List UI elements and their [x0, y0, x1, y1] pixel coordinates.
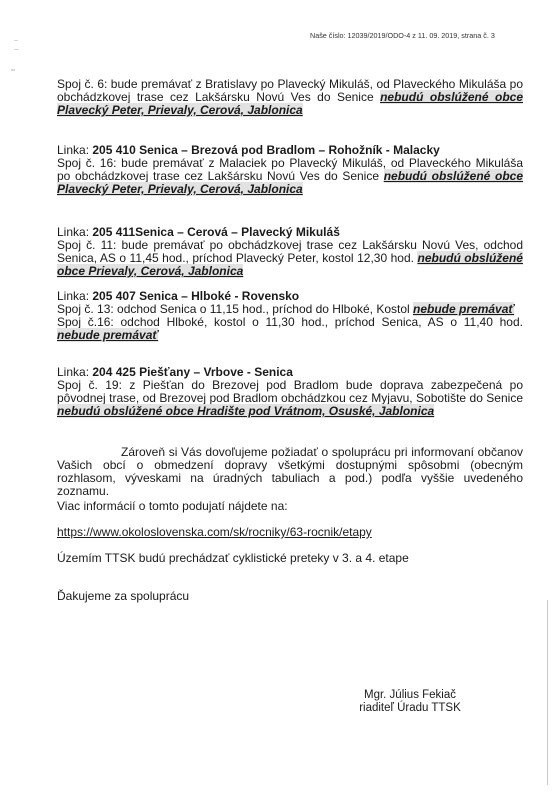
- signature-title: riaditeľ Úradu TTSK: [345, 702, 475, 715]
- scan-edge-line: [547, 600, 548, 785]
- section-linka-205410: Linka: 205 410 Senica – Brezová pod Brad…: [57, 144, 523, 196]
- line-label: Linka:: [57, 289, 92, 303]
- page-reference: Naše číslo: 12039/2019/ODO-4 z 11. 09. 2…: [310, 31, 495, 40]
- section-spoj-6: Spoj č. 6: bude premávať z Bratislavy po…: [57, 78, 523, 117]
- request-paragraph: Zároveň si Vás dovoľujeme požiadať o spo…: [57, 446, 523, 498]
- section-linka-205411: Linka: 205 411Senica – Cerová – Plavecký…: [57, 226, 523, 278]
- not-operating-notice: nebude premávať: [413, 302, 514, 316]
- line-label: Linka:: [57, 225, 92, 239]
- scan-artifact: [14, 49, 19, 50]
- link-container: https://www.okoloslovenska.com/sk/rocnik…: [57, 526, 523, 539]
- scan-artifact: [11, 69, 15, 71]
- signature-block: Mgr. Július Fekiač riaditeľ Úradu TTSK: [345, 689, 475, 715]
- thanks-text: Ďakujeme za spoluprácu: [57, 590, 523, 603]
- not-operating-notice: nebude premávať: [57, 328, 158, 342]
- section-linka-205407: Linka: 205 407 Senica – Hlboké - Rovensk…: [57, 290, 523, 342]
- line-name: 205 410 Senica – Brezová pod Bradlom – R…: [92, 143, 439, 157]
- line-name: 204 425 Piešťany – Vrbove - Senica: [92, 365, 293, 379]
- line-name: 205 411Senica – Cerová – Plavecký Mikulá…: [92, 225, 340, 239]
- section-text: Spoj č.16: odchod Hlboké, kostol o 11,30…: [57, 315, 523, 329]
- section-text: Spoj č. 19: z Piešťan do Brezovej pod Br…: [57, 378, 523, 405]
- more-info-text: Viac informácií o tomto podujatí nájdete…: [57, 500, 523, 513]
- section-linka-204425: Linka: 204 425 Piešťany – Vrbove - Senic…: [57, 366, 523, 418]
- territory-note: Územím TTSK budú prechádzať cyklistické …: [57, 552, 523, 565]
- scan-artifact: [14, 40, 18, 41]
- line-label: Linka:: [57, 143, 92, 157]
- signature-name: Mgr. Július Fekiač: [345, 689, 475, 702]
- not-served-notice: nebudú obslúžené obce Hradište pod Vrátn…: [57, 404, 434, 418]
- line-label: Linka:: [57, 365, 92, 379]
- section-text: Spoj č. 13: odchod Senica o 11,15 hod., …: [57, 302, 413, 316]
- line-name: 205 407 Senica – Hlboké - Rovensko: [92, 289, 299, 303]
- event-link[interactable]: https://www.okoloslovenska.com/sk/rocnik…: [57, 525, 372, 539]
